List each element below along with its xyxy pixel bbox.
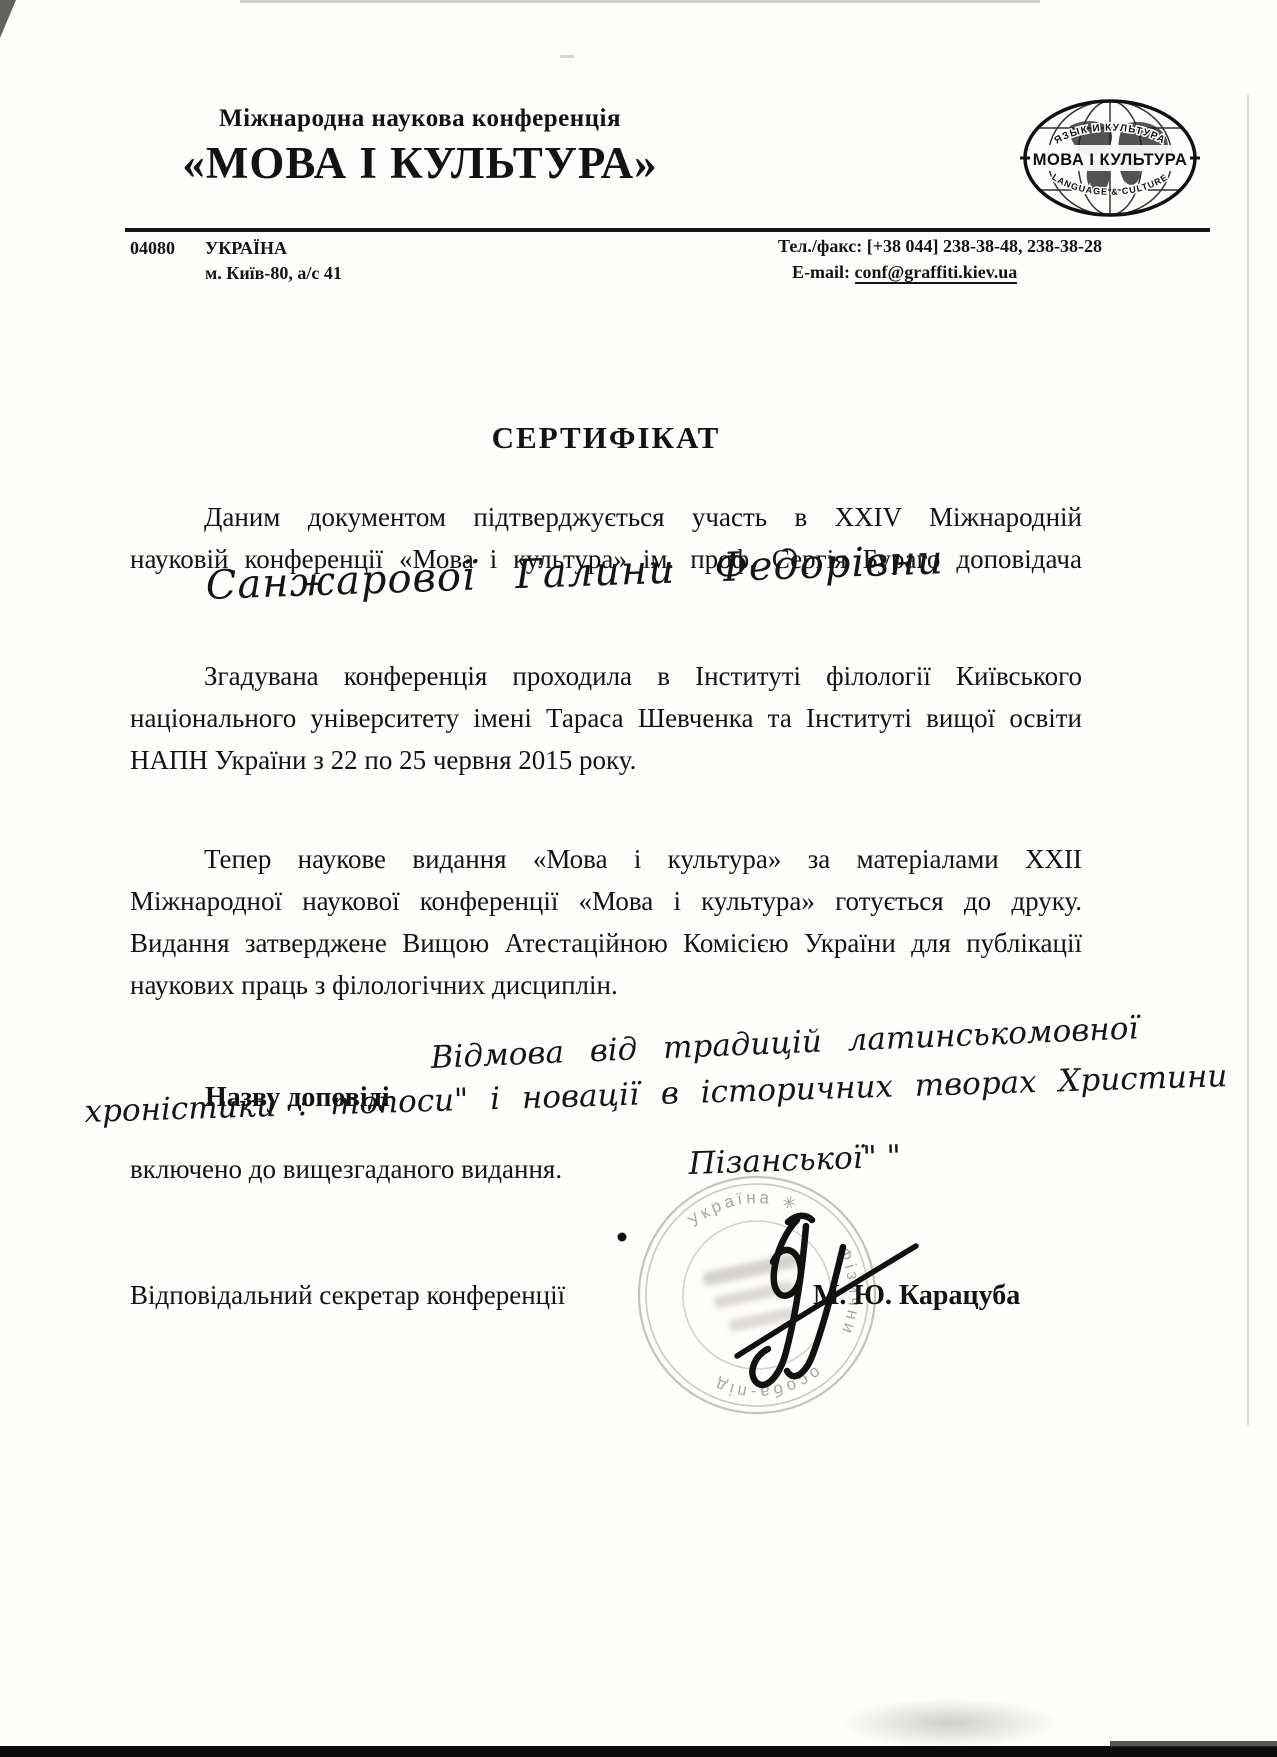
paragraph-3-line-2: Міжнародної наукової конференції «Мова і… [130,880,1082,922]
header-rule [125,228,1210,232]
paragraph-3-line-4: наукових праць з філологічних дисциплін. [130,964,1082,1006]
conference-subtitle: Міжнародна наукова конференція [130,105,710,133]
logo-band-text: МОВА І КУЛЬТУРА [1033,151,1188,169]
postcode: 04080 [130,238,175,259]
scan-bottom-black-bar [0,1746,1277,1757]
address-line: м. Київ-80, а/с 41 [205,263,342,284]
letterhead: Міжнародна наукова конференція «МОВА І К… [130,105,710,189]
scan-bottom-black-bar-right [1110,1741,1277,1747]
secretary-label: Відповідальний секретар конференції [130,1280,565,1311]
scan-right-edge-line [1247,95,1249,1425]
phone-line: Тел./факс: [+38 044] 238-38-48, 238-38-2… [778,236,1102,257]
report-title-handwritten-line-2: хроністики : топоси" і новації в історич… [84,1058,1228,1130]
ink-dot-artifact [618,1233,627,1242]
paragraph-2: Згадувана конференція проходила в Інстит… [130,655,1082,781]
paragraph-3-line-1: Тепер наукове видання «Мова і культура» … [130,838,1082,880]
paragraph-2-line-3: НАПН України з 22 по 25 червня 2015 року… [130,739,1082,781]
paragraph-3: Тепер наукове видання «Мова і культура» … [130,838,1082,1006]
scan-bottom-smudge [840,1698,1060,1748]
paragraph-2-line-1: Згадувана конференція проходила в Інстит… [130,655,1082,697]
paragraph-3-line-3: Видання затверджене Вищою Атестаційною К… [130,922,1082,964]
paragraph-1-line-1: Даним документом підтверджується участь … [130,496,1082,538]
scanned-certificate-page: Міжнародна наукова конференція «МОВА І К… [0,0,1277,1757]
globe-logo-icon: ЯЗЫК И КУЛЬТУРА МОВА І КУЛЬТУРА LANGUAGE… [1015,96,1205,221]
scan-dash-artifact [560,55,574,58]
email-address: conf@graffiti.kiev.ua [855,262,1018,284]
scan-top-smudge [240,0,1040,3]
email-line: E-mail: conf@graffiti.kiev.ua [792,262,1017,283]
svg-text:Україна ✳: Україна ✳ [684,1188,802,1231]
scan-corner-artifact [0,0,16,38]
country: УКРАЇНА [205,238,287,259]
stamp-ring-text-top: Україна ✳ [684,1188,802,1231]
document-title: СЕРТИФІКАТ [130,420,1082,456]
secretary-name: М. Ю. Карацуба [813,1280,1020,1312]
paragraph-2-line-2: національного університету імені Тараса … [130,697,1082,739]
conference-title: «МОВА І КУЛЬТУРА» [130,137,710,189]
email-label: E-mail: [792,262,850,282]
closing-line: включено до вищезгаданого видання. [130,1154,562,1185]
